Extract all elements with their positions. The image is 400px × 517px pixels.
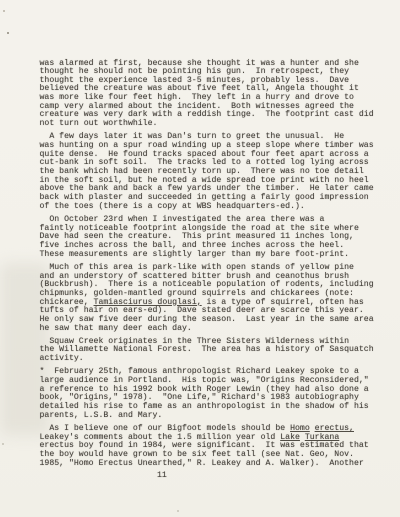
paragraph: was alarmed at first, because she though… [40, 60, 374, 129]
paper-speck [177, 510, 179, 512]
paper-speck [2, 443, 4, 445]
text-line: the Willamette National Forest. The area… [40, 346, 374, 355]
text-line: activity. [40, 355, 374, 364]
text-line: These measurements are slightly larger t… [40, 251, 374, 260]
text-line: parents, L.S.B. and Mary. [40, 412, 374, 421]
text-line: of the toes (there is a copy at WBS head… [40, 203, 374, 212]
text-line: 1985, "Homo Erectus Unearthed," R. Leake… [40, 460, 374, 469]
page-number: 11 [157, 472, 167, 481]
text-line: not turn out worthwhile. [40, 120, 374, 129]
page-body-text: was alarmed at first, because she though… [40, 60, 374, 473]
paragraph: Squaw Creek originates in the Three Sist… [40, 338, 374, 364]
paper-speck [7, 32, 9, 34]
paragraph: On October 23rd when I investigated the … [40, 216, 374, 259]
paragraph: As I believe one of our Bigfoot models s… [40, 425, 374, 468]
paragraph: * February 25th, famous anthropologist R… [40, 368, 374, 420]
text-line: he saw that many deer each day. [40, 325, 374, 334]
paper-speck [3, 10, 5, 12]
scanned-page: was alarmed at first, because she though… [0, 0, 400, 517]
paragraph: A few days later it was Dan's turn to gr… [40, 133, 374, 211]
paragraph: Much of this area is park-like with open… [40, 264, 374, 333]
